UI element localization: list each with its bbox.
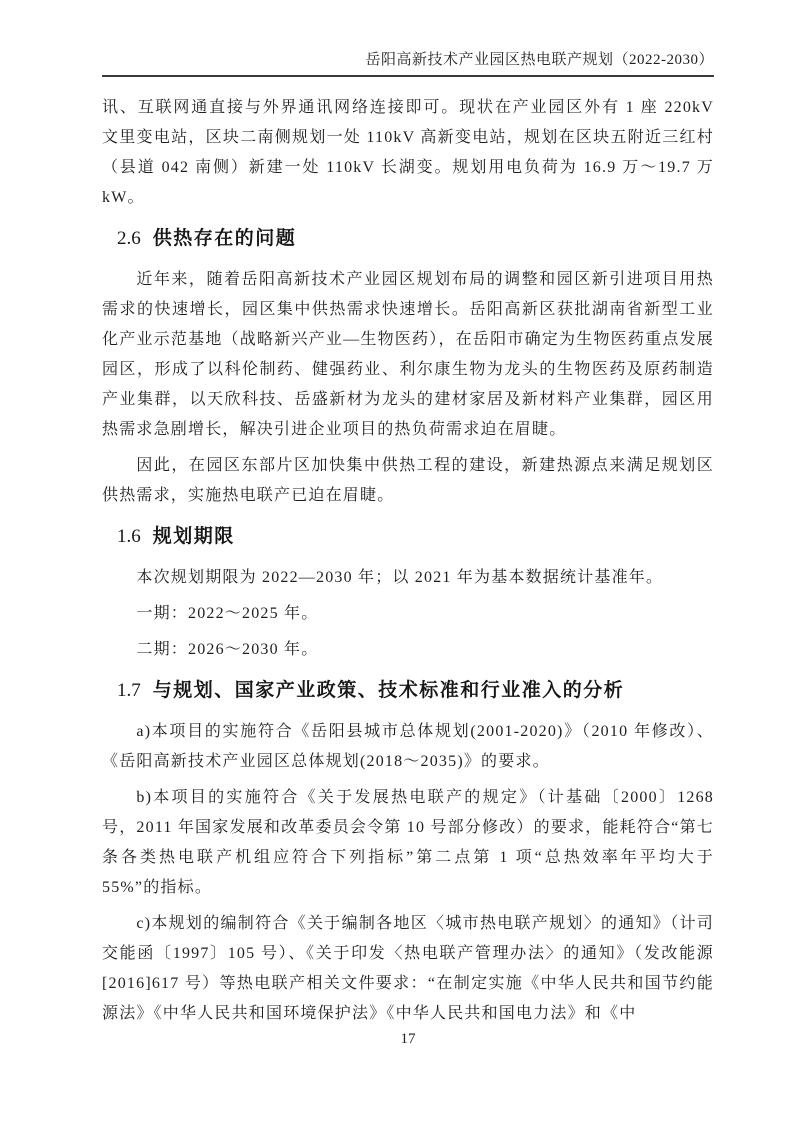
document-page: 岳阳高新技术产业园区热电联产规划（2022-2030） 讯、互联网通直接与外界通… (0, 0, 793, 1122)
paragraph-phase-one: 一期：2022～2025 年。 (102, 599, 714, 629)
section-title: 规划期限 (153, 526, 235, 547)
page-footer: 17 (102, 1026, 714, 1052)
section-heading-2-6: 2.6供热存在的问题 (117, 225, 714, 253)
section-heading-1-6: 1.6规划期限 (117, 523, 714, 551)
paragraph: 本次规划期限为 2022—2030 年；以 2021 年为基本数据统计基准年。 (102, 563, 714, 593)
paragraph-item-a: a)本项目的实施符合《岳阳县城市总体规划(2001-2020)》（2010 年修… (102, 717, 714, 777)
document-body: 讯、互联网通直接与外界通讯网络连接即可。现状在产业园区外有 1 座 220kV … (102, 93, 714, 1029)
page-content-column: 岳阳高新技术产业园区热电联产规划（2022-2030） 讯、互联网通直接与外界通… (102, 0, 714, 1029)
section-title: 与规划、国家产业政策、技术标准和行业准入的分析 (153, 680, 625, 701)
paragraph-item-c: c)本规划的编制符合《关于编制各地区〈城市热电联产规划〉的通知》（计司交能函〔1… (102, 909, 714, 1029)
section-number: 1.6 (117, 526, 141, 547)
section-title: 供热存在的问题 (153, 228, 297, 249)
paragraph-phase-two: 二期：2026～2030 年。 (102, 635, 714, 665)
header-title: 岳阳高新技术产业园区热电联产规划（2022-2030） (366, 52, 715, 68)
paragraph: 因此，在园区东部片区加快集中供热工程的建设，新建热源点来满足规划区供热需求，实施… (102, 451, 714, 511)
paragraph-continuation: 讯、互联网通直接与外界通讯网络连接即可。现状在产业园区外有 1 座 220kV … (102, 93, 714, 213)
section-heading-1-7: 1.7与规划、国家产业政策、技术标准和行业准入的分析 (117, 677, 714, 705)
page-number: 17 (401, 1031, 416, 1047)
paragraph-item-b: b)本项目的实施符合《关于发展热电联产的规定》（计基础〔2000〕1268 号，… (102, 783, 714, 903)
section-number: 2.6 (117, 228, 141, 249)
paragraph: 近年来，随着岳阳高新技术产业园区规划布局的调整和园区新引进项目用热需求的快速增长… (102, 265, 714, 445)
page-header: 岳阳高新技术产业园区热电联产规划（2022-2030） (102, 0, 714, 77)
section-number: 1.7 (117, 680, 141, 701)
